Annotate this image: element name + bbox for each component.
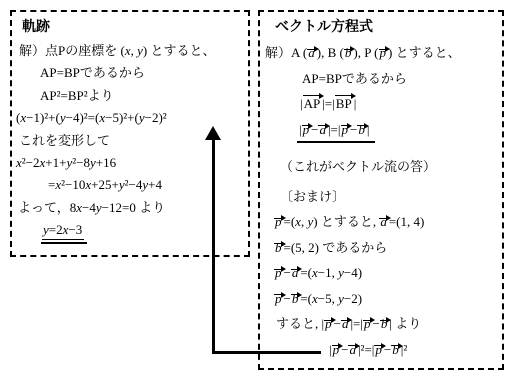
vector-arrow-over-p: p bbox=[363, 317, 373, 330]
vector-arrow-over-b: b bbox=[357, 123, 367, 136]
vector-arrow-over-p: p bbox=[274, 292, 284, 305]
vector-equation-box-lines: 解）A (a), B (b), P (p) とすると、AP=BPであるから|AP… bbox=[264, 40, 500, 362]
text-run: −5, bbox=[318, 291, 338, 306]
math-line: p−b=(x−5, y−2) bbox=[264, 286, 500, 312]
math-line: |AP|=|BP| bbox=[264, 91, 500, 117]
math-line: （これがベクトル流の答） bbox=[264, 154, 500, 180]
text-run: ²−10 bbox=[61, 177, 85, 192]
vector-arrow-over-AP: AP bbox=[303, 97, 323, 110]
vector-arrow-over-p: p bbox=[374, 343, 384, 356]
math-line: |p−a|=|p−b| bbox=[264, 117, 500, 143]
vector-arrow-over-a: a bbox=[341, 317, 351, 330]
vector-arrow-over-BP: BP bbox=[335, 97, 354, 110]
text-run: | より bbox=[389, 316, 421, 331]
text-run: ²−4 bbox=[125, 177, 143, 192]
text-run: −2) bbox=[344, 291, 362, 306]
text-run: AP²=BP²より bbox=[40, 88, 114, 103]
text-run: ²−8 bbox=[72, 155, 90, 170]
text-run: −12=0 より bbox=[102, 200, 165, 215]
text-run: （これがベクトル流の答） bbox=[280, 159, 436, 174]
text-run: =2 bbox=[49, 222, 63, 237]
vector-arrow-over-a: a bbox=[348, 343, 358, 356]
vector-arrow-over-p: p bbox=[379, 46, 389, 59]
double-underlined-expression: y=2x−3 bbox=[41, 223, 87, 244]
text-run: ²−2 bbox=[22, 155, 40, 170]
text-run: AP=BPであるから bbox=[40, 65, 145, 80]
vector-arrow-over-b: b bbox=[291, 292, 301, 305]
text-run: =(5, 2) であるから bbox=[284, 240, 388, 255]
math-line: AP=BPであるから bbox=[264, 66, 500, 92]
math-line: 〔おまけ〕 bbox=[264, 184, 500, 210]
math-line: p−a=(x−1, y−4) bbox=[264, 260, 500, 286]
text-run: ), P ( bbox=[353, 45, 378, 60]
vector-arrow-over-b: b bbox=[274, 241, 284, 254]
text-run: +25+ bbox=[91, 177, 119, 192]
math-line: AP=BPであるから bbox=[16, 62, 246, 84]
locus-box-title: 軌跡 bbox=[16, 16, 246, 40]
vector-arrow-over-p: p bbox=[274, 266, 284, 279]
vector-arrow-over-a: a bbox=[307, 46, 317, 59]
text-run: 解）点Pの座標を ( bbox=[19, 43, 125, 58]
vector-arrow-over-b: b bbox=[380, 317, 390, 330]
text-run: −5)²+( bbox=[105, 110, 139, 125]
vector-arrow-over-b: b bbox=[391, 343, 401, 356]
vector-arrow-over-p: p bbox=[332, 343, 342, 356]
text-run: これを変形して bbox=[19, 133, 110, 148]
text-run: ) とすると, bbox=[313, 214, 379, 229]
connector-arrow-horizontal-line bbox=[212, 351, 321, 354]
math-line: すると, |p−a|=|p−b| より bbox=[264, 311, 500, 337]
text-run: −1)²+( bbox=[26, 110, 60, 125]
connector-arrowhead-icon bbox=[205, 126, 221, 140]
vector-arrow-over-p: p bbox=[324, 317, 334, 330]
vector-arrow-over-b: b bbox=[344, 46, 354, 59]
vector-arrow-over-p: p bbox=[341, 123, 351, 136]
text-run: ), B ( bbox=[317, 45, 344, 60]
math-line: AP²=BP²より bbox=[16, 85, 246, 107]
text-run: 〔おまけ〕 bbox=[280, 189, 345, 204]
math-line: 解）A (a), B (b), P (p) とすると、 bbox=[264, 40, 500, 66]
vector-arrow-over-p: p bbox=[302, 123, 312, 136]
text-run: −4)²=( bbox=[66, 110, 100, 125]
math-line: b=(5, 2) であるから bbox=[264, 235, 500, 261]
vector-equation-box: ベクトル方程式 解）A (a), B (b), P (p) とすると、AP=BP… bbox=[258, 10, 504, 370]
vector-arrow-over-p: p bbox=[274, 215, 284, 228]
vector-arrow-over-a: a bbox=[379, 215, 389, 228]
math-line: 解）点Pの座標を (x, y) とすると、 bbox=[16, 40, 246, 62]
text-run: すると, | bbox=[276, 316, 324, 331]
text-run: −4) bbox=[344, 265, 362, 280]
text-run: +16 bbox=[96, 155, 116, 170]
vector-equation-box-title: ベクトル方程式 bbox=[264, 16, 500, 40]
text-run: −3 bbox=[68, 222, 82, 237]
vector-arrow-over-a: a bbox=[291, 266, 301, 279]
text-run: +1+ bbox=[45, 155, 66, 170]
text-run: ) とすると、 bbox=[388, 45, 461, 60]
text-run: +4 bbox=[148, 177, 162, 192]
connector-arrow-vertical-line bbox=[212, 138, 215, 354]
text-run: よって，8 bbox=[18, 200, 76, 215]
text-run: −4 bbox=[82, 200, 96, 215]
text-run: ) とすると、 bbox=[143, 43, 216, 58]
math-line: p=(x, y) とすると, a=(1, 4) bbox=[264, 209, 500, 235]
text-run: AP=BPであるから bbox=[302, 71, 407, 86]
math-line: |p−a|²=|p−b|² bbox=[264, 337, 500, 363]
underlined-expression: |p−a|=|p−b| bbox=[297, 123, 375, 144]
text-run: 解）A ( bbox=[265, 45, 307, 60]
double-underline-inner: y=2x−3 bbox=[42, 223, 84, 240]
text-run: |²=| bbox=[358, 342, 374, 357]
text-run: −1, bbox=[318, 265, 338, 280]
math-worksheet: 軌跡 解）点Pの座標を (x, y) とすると、AP=BPであるからAP²=BP… bbox=[0, 0, 510, 380]
text-run: =(1, 4) bbox=[389, 214, 425, 229]
text-run: −2)² bbox=[145, 110, 167, 125]
vector-arrow-over-a: a bbox=[318, 123, 328, 136]
